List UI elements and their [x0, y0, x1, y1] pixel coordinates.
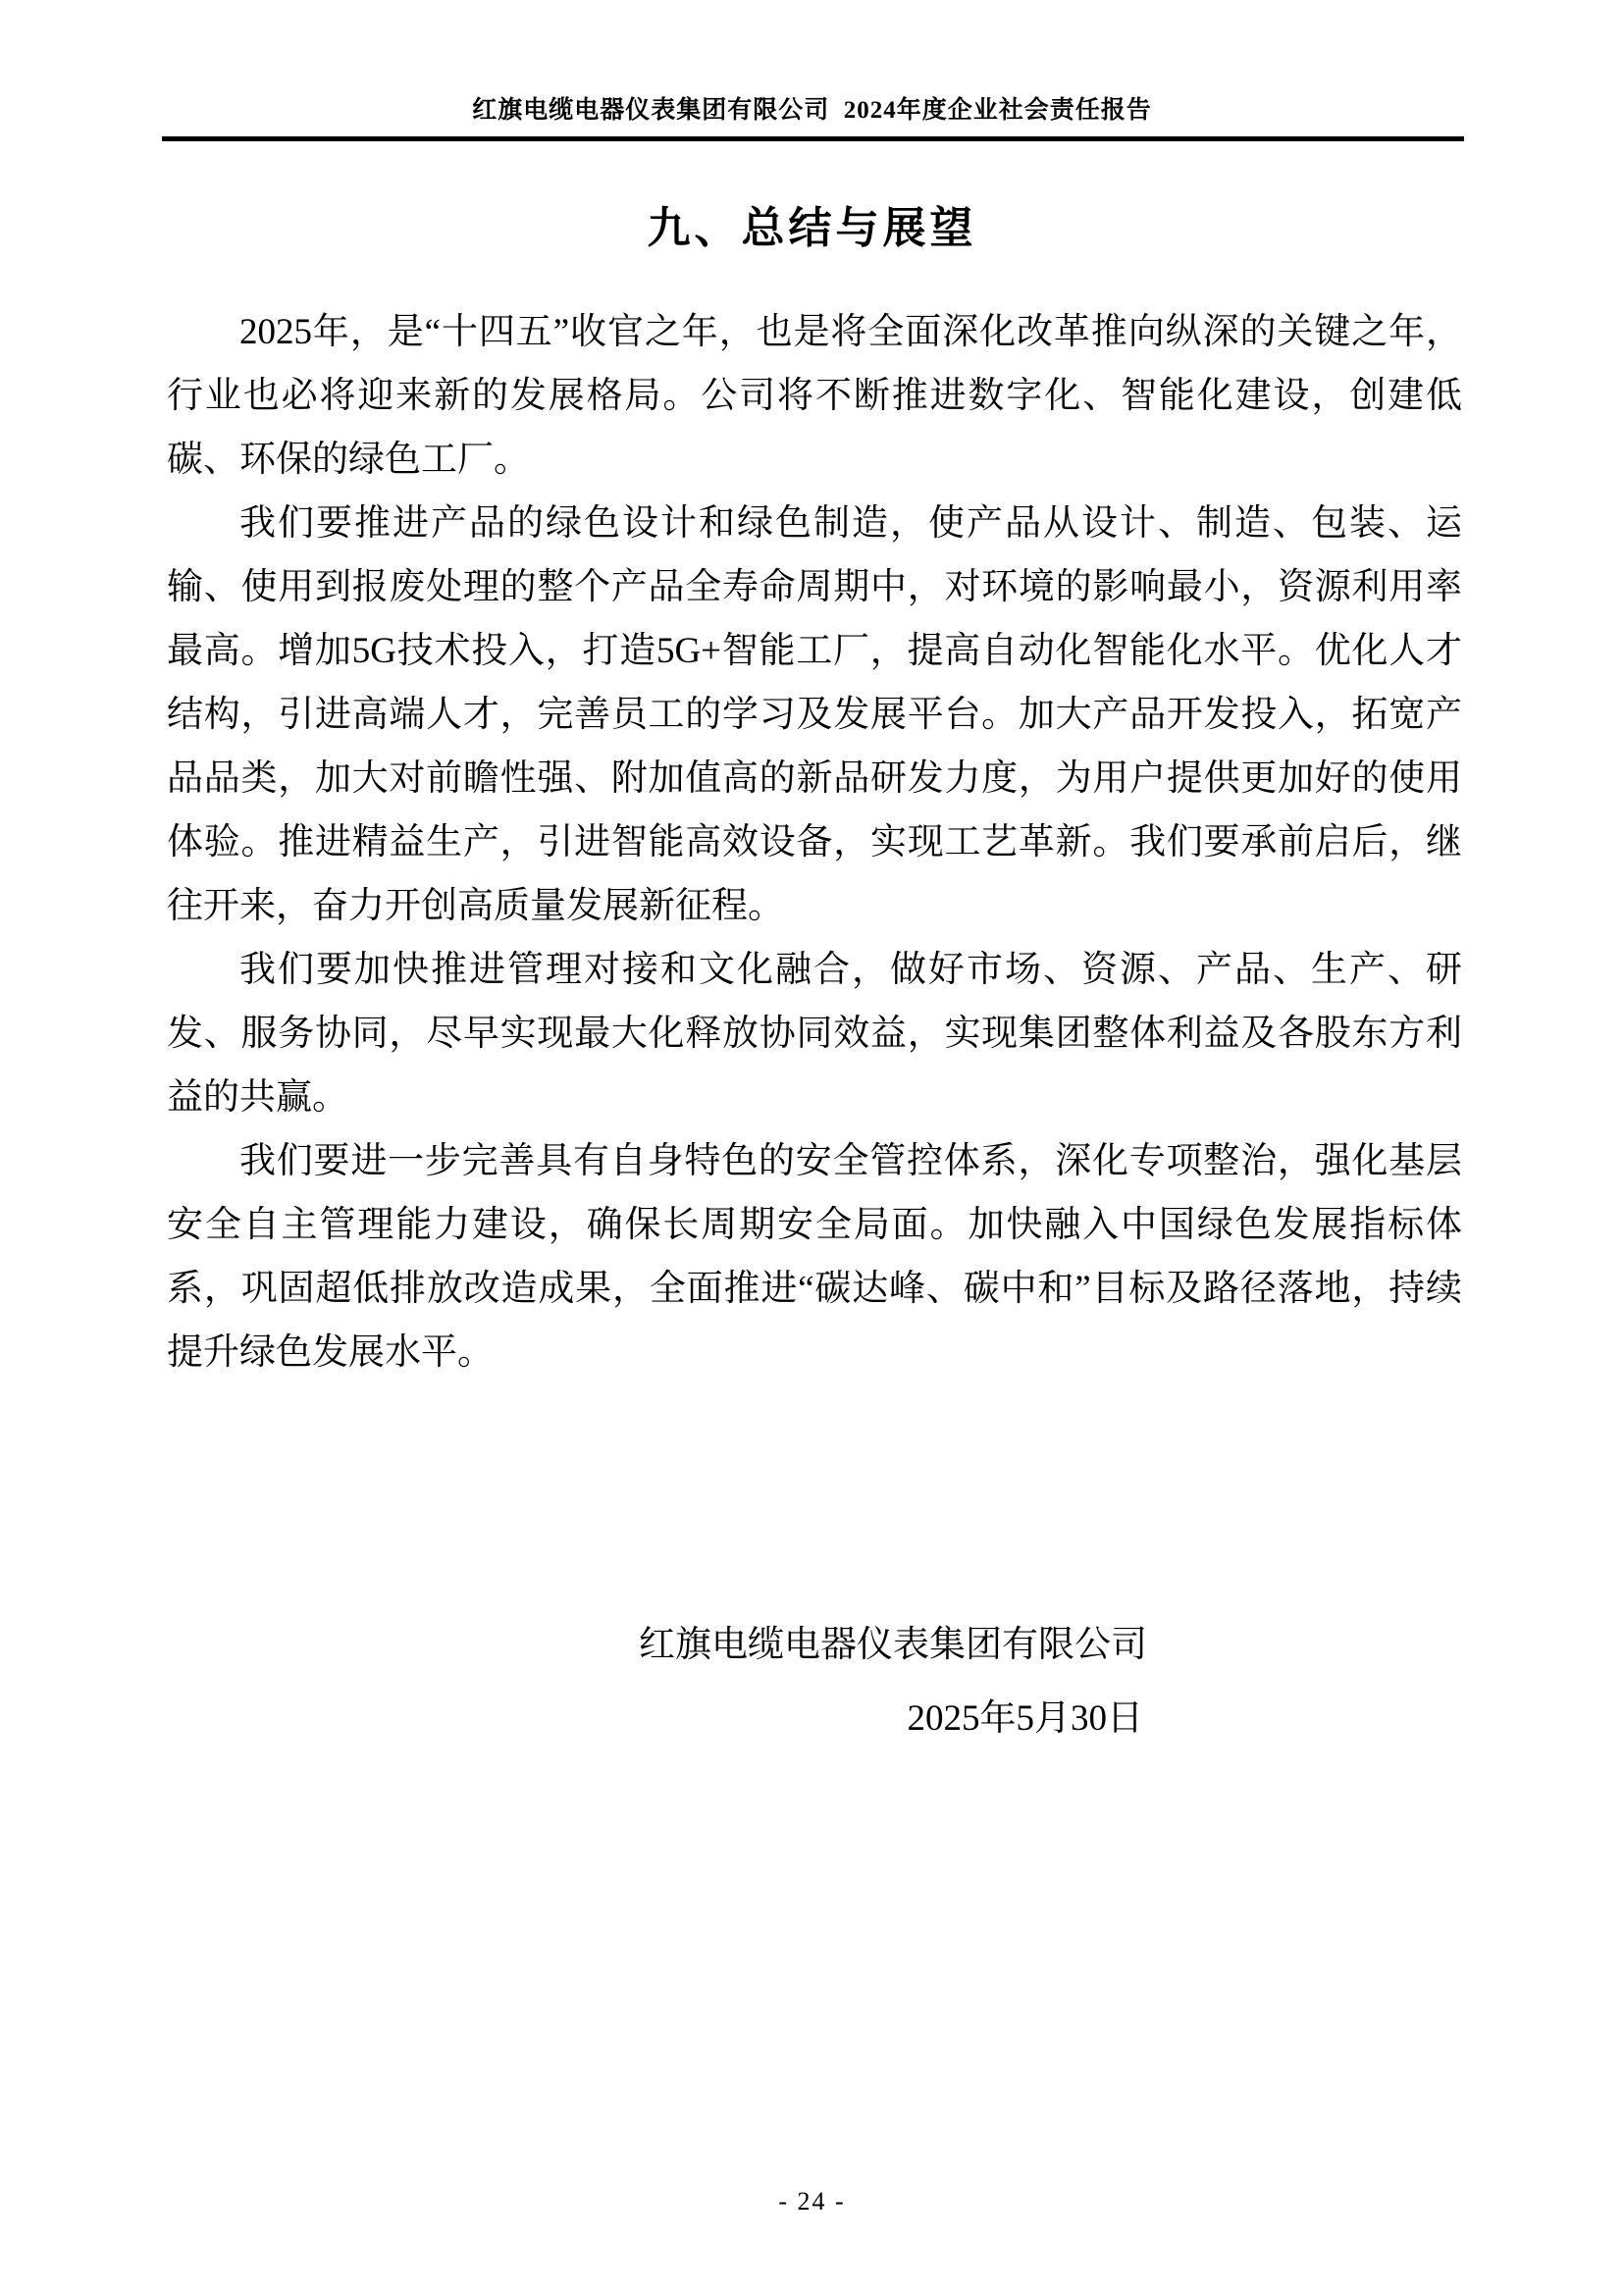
paragraph-3: 我们要加快推进管理对接和文化融合，做好市场、资源、产品、生产、研发、服务协同，尽… [167, 938, 1462, 1129]
paragraph-2: 我们要推进产品的绿色设计和绿色制造，使产品从设计、制造、包装、运输、使用到报废处… [167, 492, 1462, 938]
signature-block: 红旗电缆电器仪表集团有限公司 2025年5月30日 [0, 1608, 1624, 1755]
paragraph-4: 我们要进一步完善具有自身特色的安全管控体系，深化专项整治，强化基层安全自主管理能… [167, 1129, 1462, 1384]
signature-date: 2025年5月30日 [0, 1682, 1147, 1755]
document-page: 红旗电缆电器仪表集团有限公司 2024年度企业社会责任报告 九、总结与展望 20… [0, 0, 1624, 2295]
paragraph-1: 2025年，是“十四五”收官之年，也是将全面深化改革推向纵深的关键之年，行业也必… [167, 300, 1462, 492]
page-title: 九、总结与展望 [0, 192, 1624, 255]
page-header-text: 红旗电缆电器仪表集团有限公司 2024年度企业社会责任报告 [0, 0, 1624, 126]
signature-company: 红旗电缆电器仪表集团有限公司 [0, 1608, 1147, 1682]
header-rule [162, 136, 1464, 141]
document-body: 2025年，是“十四五”收官之年，也是将全面深化改革推向纵深的关键之年，行业也必… [167, 300, 1462, 1384]
page-number: - 24 - [0, 2187, 1624, 2217]
